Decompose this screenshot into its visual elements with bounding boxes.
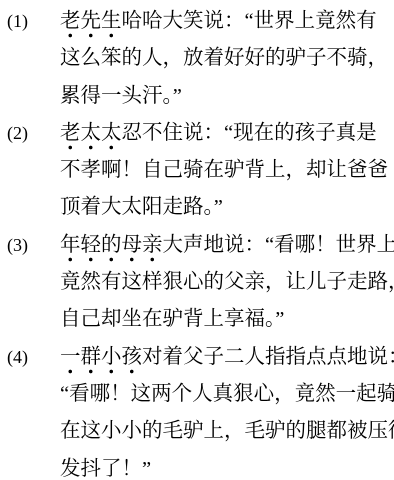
list-item: (2) 老太太忍不住说：“现在的孩子真是 不孝啊！自己骑在驴背上，却让爸爸 顶着… (0, 115, 394, 227)
text-line: 一群小孩对着父子二人指指点点地说： (60, 339, 394, 376)
emphasized-text: 一群小孩 (60, 339, 142, 376)
text-line: 不孝啊！自己骑在驴背上，却让爸爸 (60, 152, 394, 189)
text-line: 老先生哈哈大笑说：“世界上竟然有 (60, 3, 394, 40)
item-text: 老先生哈哈大笑说：“世界上竟然有 这么笨的人，放着好好的驴子不骑， 累得一头汗。… (60, 3, 394, 115)
list-item: (3) 年轻的母亲大声地说：“看哪！世界上 竟然有这样狠心的父亲，让儿子走路， … (0, 227, 394, 339)
emphasized-text: 年轻的母亲 (60, 227, 163, 264)
text-line: 老太太忍不住说：“现在的孩子真是 (60, 115, 394, 152)
item-number: (2) (0, 115, 60, 152)
item-text: 一群小孩对着父子二人指指点点地说： “看哪！这两个人真狠心，竟然一起骑 在这小小… (60, 339, 394, 480)
item-number: (4) (0, 339, 60, 376)
list-item: (4) 一群小孩对着父子二人指指点点地说： “看哪！这两个人真狠心，竟然一起骑 … (0, 339, 394, 480)
line-rest: 哈哈大笑说：“世界上竟然有 (122, 10, 377, 32)
text-line: 累得一头汗。” (60, 78, 394, 115)
item-text: 老太太忍不住说：“现在的孩子真是 不孝啊！自己骑在驴背上，却让爸爸 顶着大太阳走… (60, 115, 394, 227)
emphasized-text: 老太太 (60, 115, 122, 152)
list-item: (1) 老先生哈哈大笑说：“世界上竟然有 这么笨的人，放着好好的驴子不骑， 累得… (0, 3, 394, 115)
text-line: 在这小小的毛驴上，毛驴的腿都被压得 (60, 413, 394, 450)
line-rest: 大声地说：“看哪！世界上 (163, 234, 394, 256)
text-line: 自己却坐在驴背上享福。” (60, 301, 394, 338)
item-number: (3) (0, 227, 60, 264)
text-line: 竟然有这样狠心的父亲，让儿子走路， (60, 264, 394, 301)
line-rest: 对着父子二人指指点点地说： (142, 346, 394, 368)
text-line: 顶着大太阳走路。” (60, 189, 394, 226)
emphasized-text: 老先生 (60, 3, 122, 40)
item-number: (1) (0, 3, 60, 40)
text-line: “看哪！这两个人真狠心，竟然一起骑 (60, 376, 394, 413)
text-line: 发抖了！” (60, 451, 394, 480)
text-line: 年轻的母亲大声地说：“看哪！世界上 (60, 227, 394, 264)
text-line: 这么笨的人，放着好好的驴子不骑， (60, 40, 394, 77)
item-text: 年轻的母亲大声地说：“看哪！世界上 竟然有这样狠心的父亲，让儿子走路， 自己却坐… (60, 227, 394, 339)
line-rest: 忍不住说：“现在的孩子真是 (122, 122, 377, 144)
document-page: (1) 老先生哈哈大笑说：“世界上竟然有 这么笨的人，放着好好的驴子不骑， 累得… (0, 0, 394, 480)
